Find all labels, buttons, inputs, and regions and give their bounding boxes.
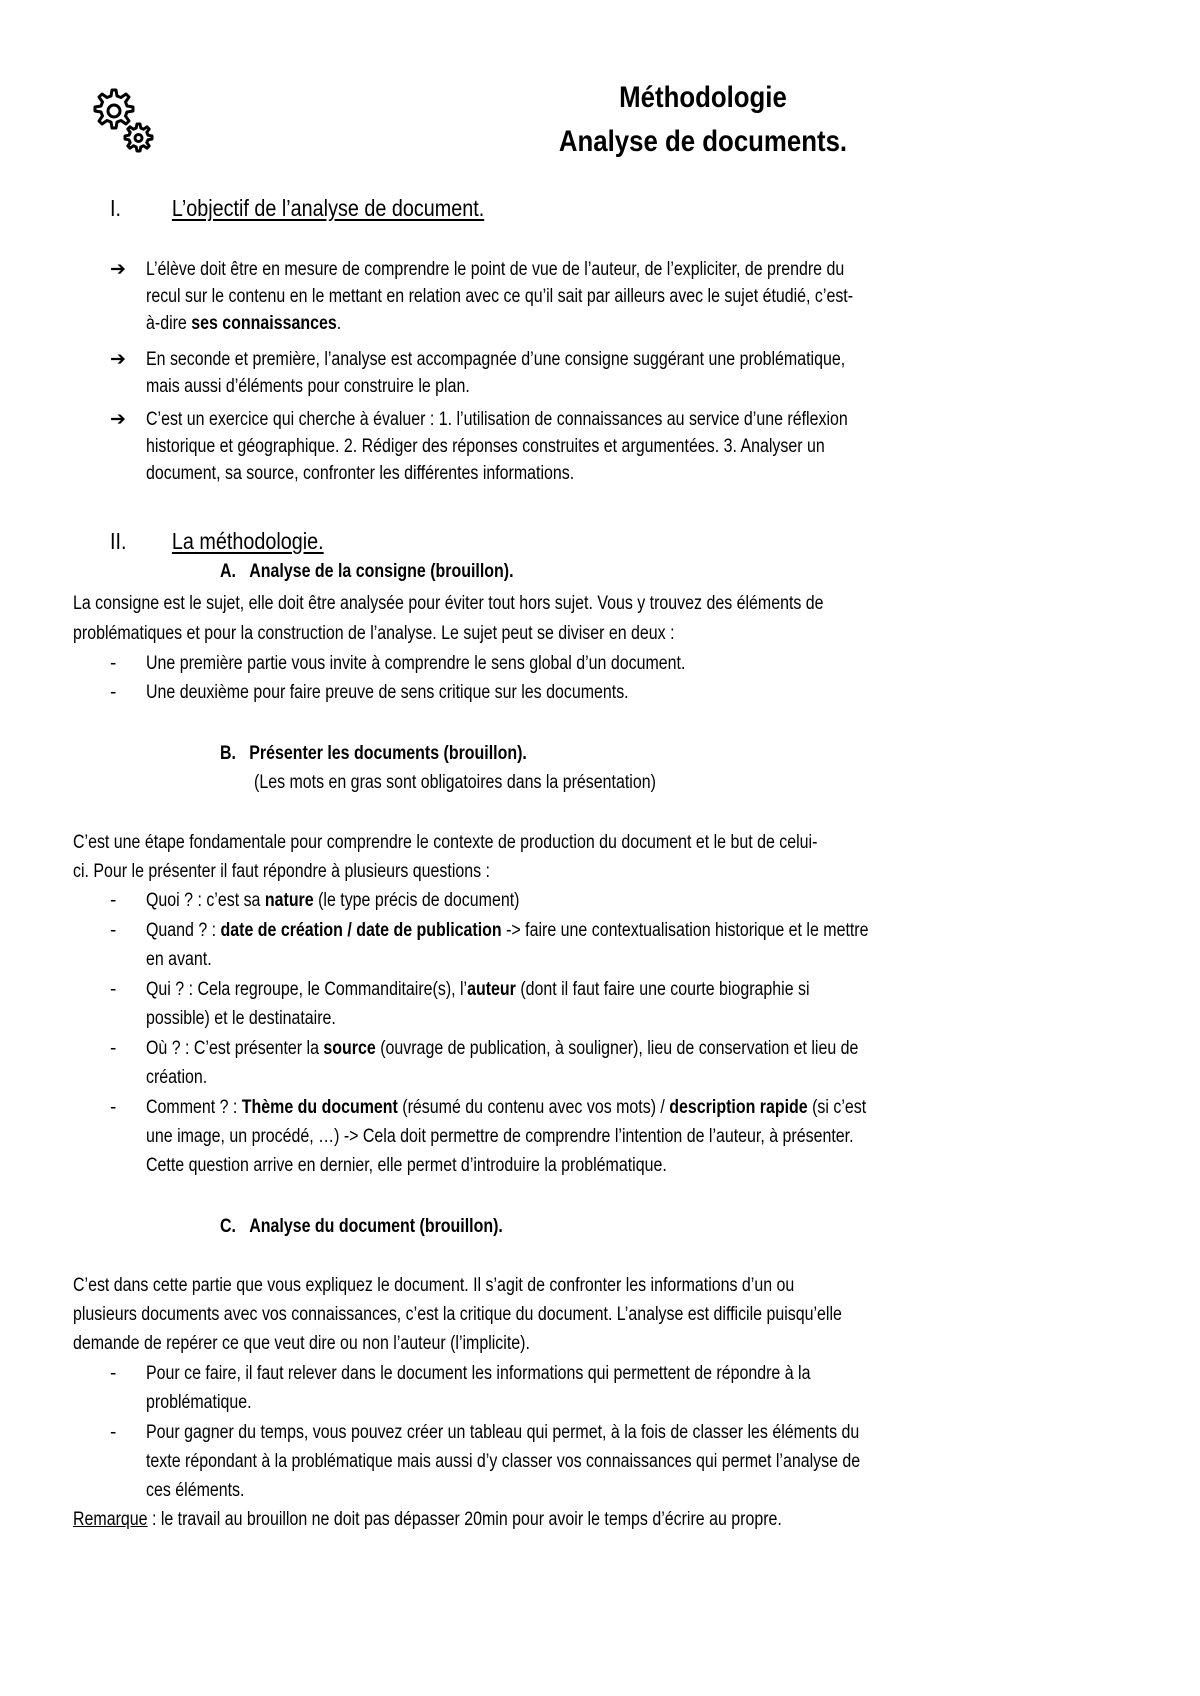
- dash-bullet: -: [110, 1419, 116, 1446]
- paragraph-line: plusieurs documents avec vos connaissanc…: [73, 1301, 842, 1328]
- paragraph-line: demande de repérer ce que veut dire ou n…: [73, 1330, 530, 1357]
- bullet-1-line-3: à-dire ses connaissances.: [146, 310, 341, 337]
- remark: Remarque : le travail au brouillon ne do…: [73, 1506, 782, 1533]
- subsection-heading-c: C. Analyse du document (brouillon).: [220, 1213, 503, 1240]
- bullet-2-line-2: mais aussi d’éléments pour construire le…: [146, 373, 470, 400]
- dash-bullet: -: [110, 650, 116, 677]
- dash-bullet: -: [110, 976, 116, 1003]
- list-item-comment-cont: une image, un procédé, …) -> Cela doit p…: [146, 1123, 854, 1150]
- bullet-1-line-1: L’élève doit être en mesure de comprendr…: [146, 256, 844, 283]
- list-item-cont: texte répondant à la problématique mais …: [146, 1448, 860, 1475]
- dash-bullet: -: [110, 1360, 116, 1387]
- arrow-bullet-icon: ➔: [110, 256, 126, 283]
- list-item-qui: Qui ? : Cela regroupe, le Commanditaire(…: [146, 976, 810, 1003]
- list-item-quand: Quand ? : date de création / date de pub…: [146, 917, 869, 944]
- bullet-3-line-1: C’est un exercice qui cherche à évaluer …: [146, 406, 848, 433]
- title-line-2: Analyse de documents.: [92, 120, 1124, 164]
- remark-text: : le travail au brouillon ne doit pas dé…: [148, 1509, 782, 1530]
- paragraph-line: C’est une étape fondamentale pour compre…: [73, 829, 817, 856]
- list-item: Une deuxième pour faire preuve de sens c…: [146, 679, 629, 706]
- list-item: Pour ce faire, il faut relever dans le d…: [146, 1360, 810, 1387]
- paragraph-line: C’est dans cette partie que vous expliqu…: [73, 1272, 794, 1299]
- section-number: II.: [110, 526, 126, 556]
- list-item-qui-cont: possible) et le destinataire.: [146, 1005, 336, 1032]
- dash-bullet: -: [110, 917, 116, 944]
- paragraph-line: La consigne est le sujet, elle doit être…: [73, 590, 824, 617]
- bullet-3-line-3: document, sa source, confronter les diff…: [146, 460, 574, 487]
- page-title: Méthodologie Analyse de documents.: [0, 76, 1200, 164]
- dash-bullet: -: [110, 1094, 116, 1121]
- paragraph-line: ci. Pour le présenter il faut répondre à…: [73, 858, 490, 885]
- list-item-quand-cont: en avant.: [146, 946, 212, 973]
- remark-label: Remarque: [73, 1509, 148, 1530]
- list-item-ou-cont: création.: [146, 1064, 207, 1091]
- section-number: I.: [110, 193, 121, 223]
- dash-bullet: -: [110, 1035, 116, 1062]
- subsection-note: (Les mots en gras sont obligatoires dans…: [254, 769, 656, 796]
- subsection-heading-b: B. Présenter les documents (brouillon).: [220, 740, 527, 767]
- section-title: L’objectif de l’analyse de document.: [172, 193, 484, 223]
- bold-term: ses connaissances: [191, 313, 337, 334]
- list-item-cont: problématique.: [146, 1389, 252, 1416]
- bullet-3-line-2: historique et géographique. 2. Rédiger d…: [146, 433, 825, 460]
- paragraph-line: problématiques et pour la construction d…: [73, 620, 675, 647]
- subsection-heading-a: A. Analyse de la consigne (brouillon).: [220, 558, 514, 585]
- bullet-2-line-1: En seconde et première, l’analyse est ac…: [146, 346, 845, 373]
- bullet-1-line-2: recul sur le contenu en le mettant en re…: [146, 283, 853, 310]
- list-item-comment-cont: Cette question arrive en dernier, elle p…: [146, 1152, 667, 1179]
- dash-bullet: -: [110, 679, 116, 706]
- arrow-bullet-icon: ➔: [110, 406, 126, 433]
- arrow-bullet-icon: ➔: [110, 346, 126, 373]
- list-item-cont: ces éléments.: [146, 1477, 244, 1504]
- list-item: Pour gagner du temps, vous pouvez créer …: [146, 1419, 859, 1446]
- list-item: Une première partie vous invite à compre…: [146, 650, 685, 677]
- dash-bullet: -: [110, 887, 116, 914]
- section-title: La méthodologie.: [172, 526, 324, 556]
- list-item-quoi: Quoi ? : c’est sa nature (le type précis…: [146, 887, 519, 914]
- document-page: Méthodologie Analyse de documents. I. L’…: [0, 0, 1200, 1696]
- list-item-comment: Comment ? : Thème du document (résumé du…: [146, 1094, 866, 1121]
- list-item-ou: Où ? : C’est présenter la source (ouvrag…: [146, 1035, 858, 1062]
- title-line-1: Méthodologie: [92, 76, 1124, 120]
